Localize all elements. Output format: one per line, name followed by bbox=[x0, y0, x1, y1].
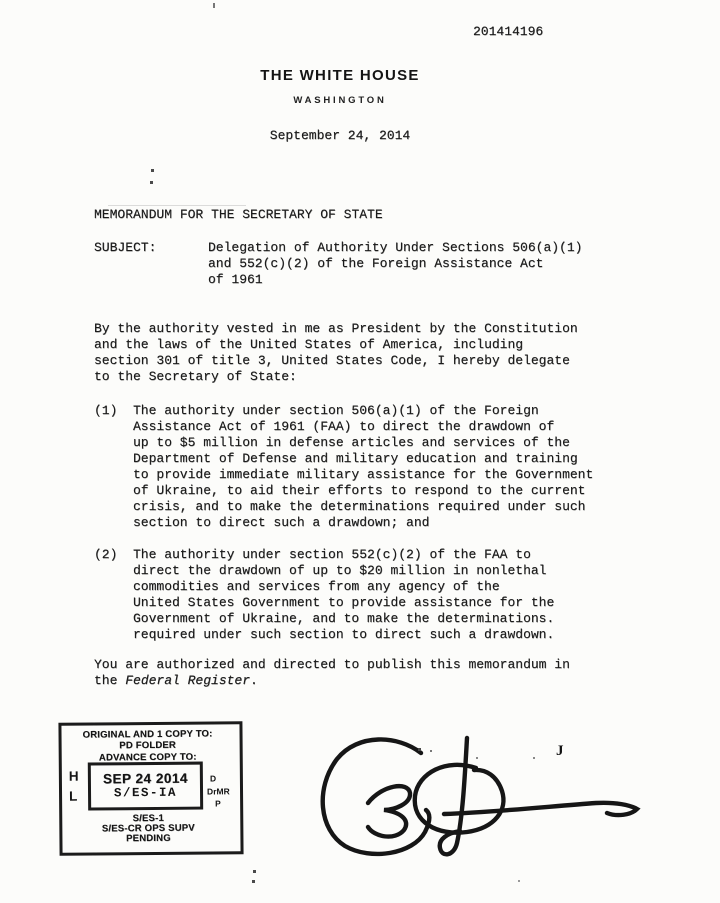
closing-line-2-italic: Federal Register bbox=[125, 673, 250, 688]
letterhead-title: THE WHITE HOUSE bbox=[0, 68, 680, 84]
signature-tail bbox=[444, 803, 637, 815]
document-date: September 24, 2014 bbox=[0, 128, 680, 144]
list-item-1-number: (1) bbox=[94, 403, 117, 419]
closing-line-1: You are authorized and directed to publi… bbox=[94, 657, 570, 673]
signature-artifact-dot2 bbox=[430, 750, 432, 752]
closing-line-2-suffix: . bbox=[250, 673, 258, 688]
list-item-2: (2) The authority under section 552(c)(2… bbox=[94, 547, 624, 643]
list-item-1-text: The authority under section 506(a)(1) of… bbox=[133, 403, 624, 531]
stamp-office: S/ES-IA bbox=[114, 786, 177, 802]
letterhead-subtitle: WASHINGTON bbox=[0, 93, 680, 109]
subject-text: Delegation of Authority Under Sections 5… bbox=[208, 240, 614, 288]
scan-artifact-line bbox=[108, 205, 246, 206]
signature-artifact-dot4 bbox=[533, 757, 535, 759]
signature bbox=[318, 733, 648, 868]
closing-line-2: the Federal Register. bbox=[94, 673, 570, 689]
list-item-1: (1) The authority under section 506(a)(1… bbox=[94, 403, 624, 531]
stamp-left-h: H bbox=[69, 770, 79, 784]
closing-paragraph: You are authorized and directed to publi… bbox=[94, 657, 570, 689]
signature-artifact-dot1 bbox=[418, 748, 421, 751]
scan-artifact-dot bbox=[213, 3, 215, 8]
stamp-date: SEP 24 2014 bbox=[103, 771, 188, 787]
scan-artifact-colon-top bbox=[151, 169, 154, 172]
stamp-line-pending: PENDING bbox=[62, 832, 234, 845]
stamp-right-p: P bbox=[215, 799, 221, 808]
subject-block: SUBJECT: Delegation of Authority Under S… bbox=[94, 240, 614, 288]
stamp-left-l: L bbox=[69, 790, 77, 804]
list-item-2-text: The authority under section 552(c)(2) of… bbox=[133, 547, 624, 643]
scan-artifact-colon-bottom bbox=[150, 181, 153, 184]
memorandum-page: 201414196 THE WHITE HOUSE WASHINGTON Sep… bbox=[0, 0, 720, 903]
scan-artifact-colon2-bottom bbox=[252, 880, 255, 883]
scan-artifact-dot2 bbox=[518, 880, 520, 882]
stamp-right-d: D bbox=[210, 774, 216, 783]
signature-j-mark: J bbox=[556, 743, 564, 759]
document-number: 201414196 bbox=[473, 24, 543, 40]
signature-b bbox=[368, 786, 410, 836]
scan-artifact-colon2-top bbox=[253, 870, 256, 873]
stamp-line-pd-folder: PD FOLDER bbox=[62, 739, 234, 752]
signature-stem bbox=[440, 738, 467, 854]
list-item-2-number: (2) bbox=[94, 547, 117, 563]
stamp-date-box: SEP 24 2014 S/ES-IA bbox=[88, 762, 203, 811]
memo-for-line: MEMORANDUM FOR THE SECRETARY OF STATE bbox=[94, 207, 383, 223]
routing-stamp: ORIGINAL AND 1 COPY TO: PD FOLDER ADVANC… bbox=[58, 721, 243, 856]
closing-line-2-prefix: the bbox=[94, 673, 125, 688]
intro-paragraph: By the authority vested in me as Preside… bbox=[94, 321, 578, 385]
signature-artifact-dot3 bbox=[476, 757, 478, 759]
stamp-right-drmr: DrMR bbox=[207, 787, 230, 796]
subject-label: SUBJECT: bbox=[94, 240, 156, 256]
